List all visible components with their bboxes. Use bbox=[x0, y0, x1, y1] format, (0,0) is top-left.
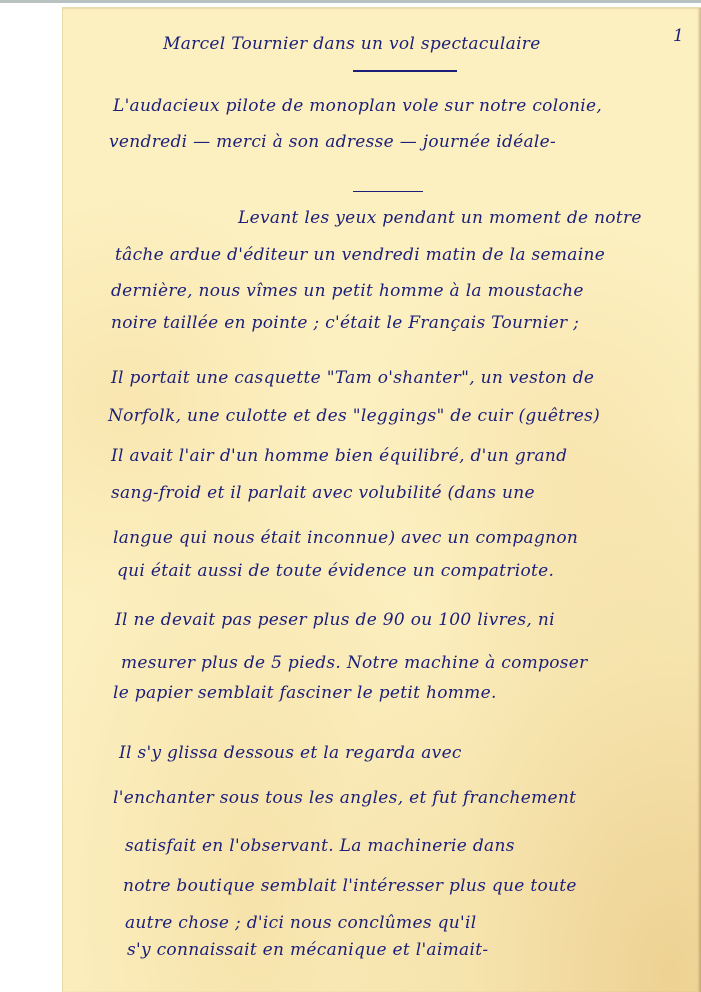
page-title: Marcel Tournier dans un vol spectaculair… bbox=[163, 34, 541, 54]
page-number: 1 bbox=[673, 26, 684, 46]
body-line: satisfait en l'observant. La machinerie … bbox=[125, 836, 515, 856]
subtitle-line: L'audacieux pilote de monoplan vole sur … bbox=[113, 96, 602, 116]
body-line: tâche ardue d'éditeur un vendredi matin … bbox=[115, 245, 605, 265]
body-line: noire taillée en pointe ; c'était le Fra… bbox=[111, 313, 579, 333]
body-line: le papier semblait fasciner le petit hom… bbox=[113, 683, 497, 703]
manuscript-page: Marcel Tournier dans un vol spectaculair… bbox=[62, 7, 701, 992]
body-line: Il s'y glissa dessous et la regarda avec bbox=[119, 743, 462, 763]
subtitle-line: vendredi — merci à son adresse — journée… bbox=[109, 132, 556, 152]
title-underline bbox=[353, 70, 457, 72]
body-line: Il portait une casquette "Tam o'shanter"… bbox=[111, 368, 594, 388]
body-line: Il avait l'air d'un homme bien équilibré… bbox=[111, 446, 567, 466]
body-line: autre chose ; d'ici nous conclûmes qu'il bbox=[125, 913, 476, 933]
body-line: qui était aussi de toute évidence un com… bbox=[117, 561, 554, 581]
body-line: Il ne devait pas peser plus de 90 ou 100… bbox=[115, 610, 555, 630]
body-line: Levant les yeux pendant un moment de not… bbox=[238, 208, 642, 228]
body-line: Norfolk, une culotte et des "leggings" d… bbox=[108, 406, 600, 426]
body-line: sang-froid et il parlait avec volubilité… bbox=[111, 483, 535, 503]
body-line: s'y connaissait en mécanique et l'aimait… bbox=[127, 940, 488, 960]
section-divider bbox=[353, 191, 423, 192]
body-line: l'enchanter sous tous les angles, et fut… bbox=[113, 788, 576, 808]
body-line: dernière, nous vîmes un petit homme à la… bbox=[111, 281, 584, 301]
scanner-edge bbox=[0, 0, 701, 3]
body-line: notre boutique semblait l'intéresser plu… bbox=[123, 876, 577, 896]
body-line: langue qui nous était inconnue) avec un … bbox=[113, 528, 578, 548]
body-line: mesurer plus de 5 pieds. Notre machine à… bbox=[121, 653, 588, 673]
